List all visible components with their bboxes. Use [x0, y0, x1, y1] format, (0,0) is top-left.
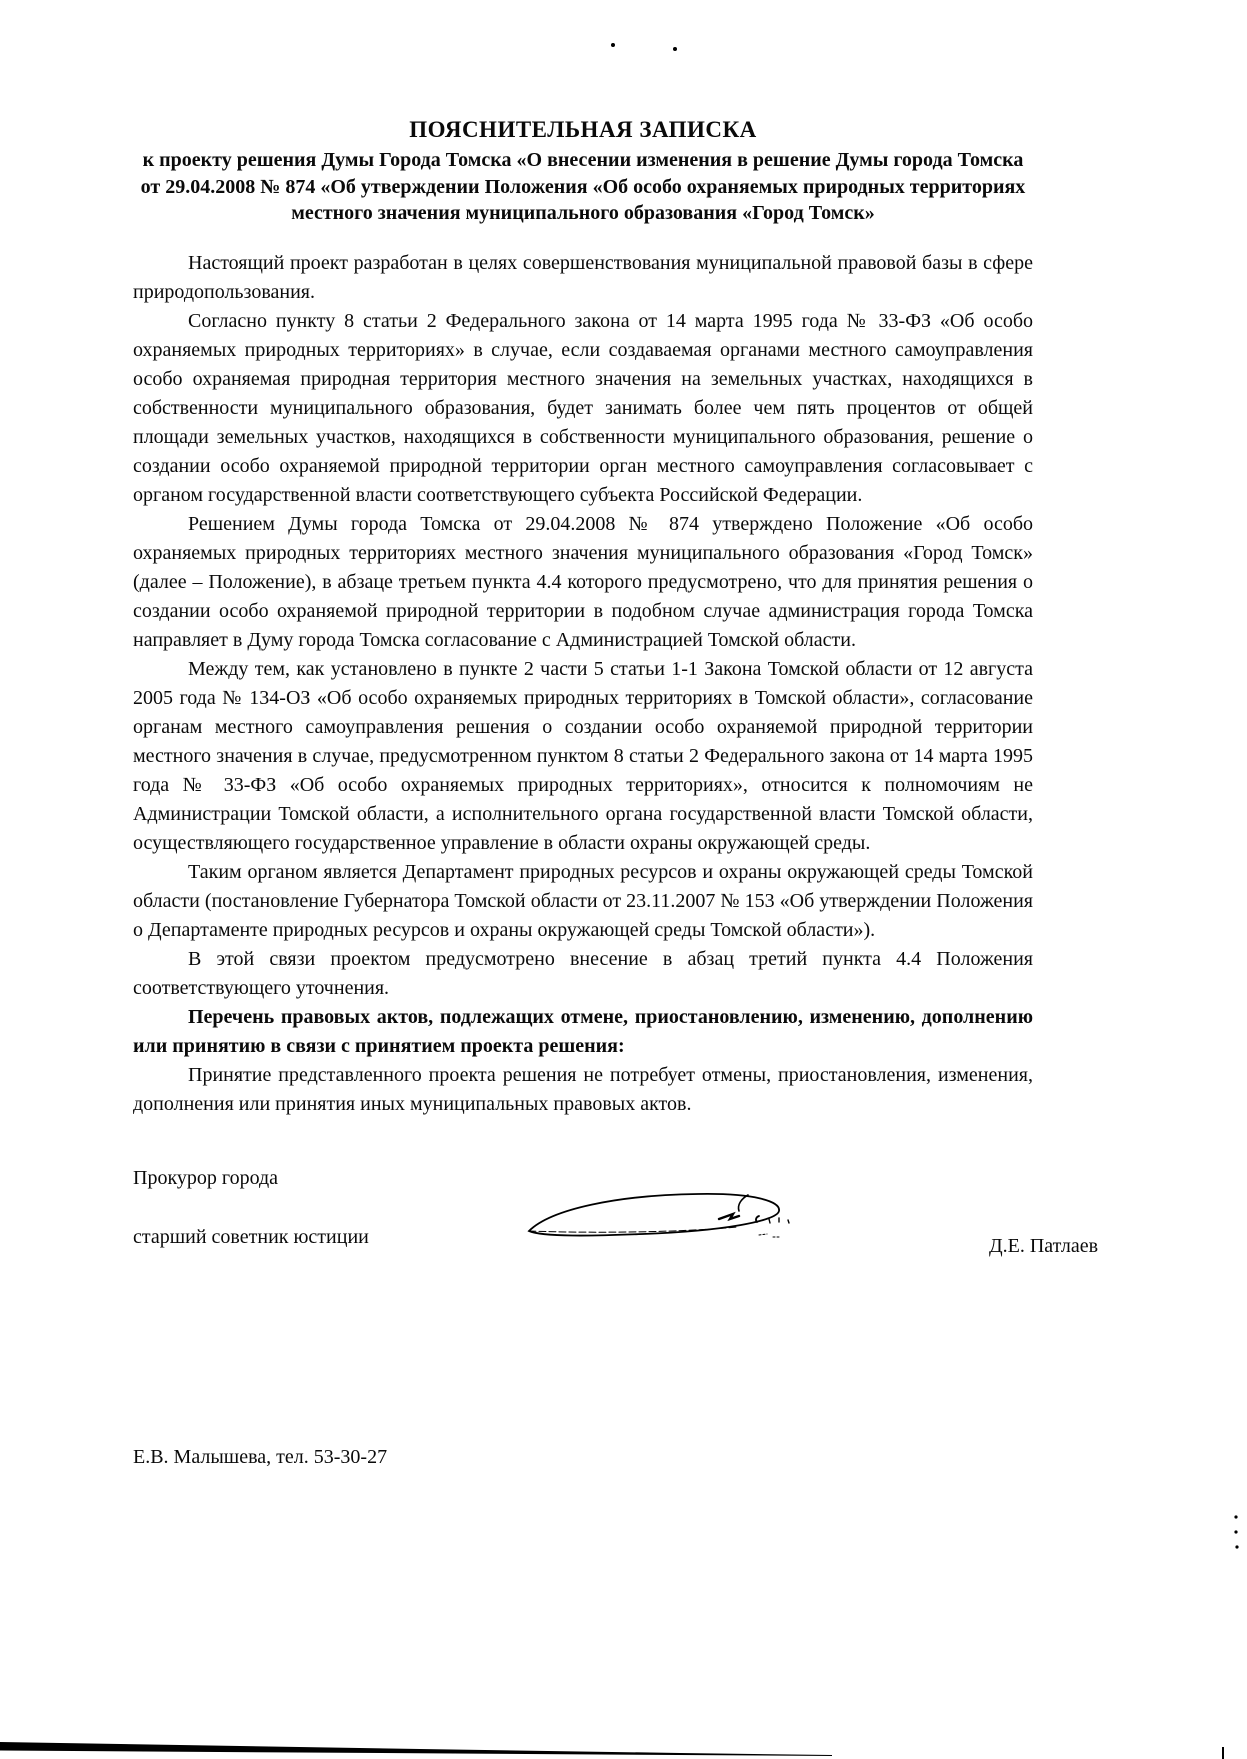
- bottom-right-scan-tick: [1222, 1747, 1224, 1759]
- handwritten-signature-icon: [523, 1189, 795, 1251]
- scan-dot-top-2: [673, 47, 677, 51]
- scan-dot-right-3: [1235, 1545, 1238, 1548]
- contact-footer: Е.В. Малышева, тел. 53-30-27: [133, 1443, 1033, 1471]
- document-content: ПОЯСНИТЕЛЬНАЯ ЗАПИСКА к проекту решения …: [133, 116, 1033, 1471]
- scan-dot-right-1: [1234, 1515, 1237, 1518]
- body-paragraph-3: Решением Думы города Томска от 29.04.200…: [133, 510, 1033, 655]
- body-paragraph-7-heading: Перечень правовых актов, подлежащих отме…: [133, 1003, 1033, 1061]
- body-paragraph-8: Принятие представленного проекта решения…: [133, 1061, 1033, 1119]
- signature-position-line1: Прокурор города: [133, 1164, 1033, 1192]
- scan-dot-top-1: [611, 43, 615, 47]
- signature-position-line2: старший советник юстиции: [133, 1223, 369, 1251]
- scan-dot-right-2: [1234, 1530, 1237, 1533]
- body-paragraph-5: Таким органом является Департамент приро…: [133, 858, 1033, 945]
- signer-name: Д.Е. Патлаев: [989, 1232, 1098, 1260]
- signature-row: старший советник юстиции Д.Е. Патлаев: [133, 1223, 1033, 1283]
- document-body: Настоящий проект разработан в целях сове…: [133, 249, 1033, 1119]
- body-paragraph-1: Настоящий проект разработан в целях сове…: [133, 249, 1033, 307]
- body-paragraph-6: В этой связи проектом предусмотрено внес…: [133, 945, 1033, 1003]
- body-paragraph-4: Между тем, как установлено в пункте 2 ча…: [133, 655, 1033, 858]
- document-title: ПОЯСНИТЕЛЬНАЯ ЗАПИСКА: [133, 116, 1033, 144]
- bottom-scan-streak: [0, 1742, 832, 1756]
- scanned-document-page: ПОЯСНИТЕЛЬНАЯ ЗАПИСКА к проекту решения …: [0, 0, 1247, 1759]
- document-subtitle: к проекту решения Думы Города Томска «О …: [133, 147, 1033, 227]
- body-paragraph-2: Согласно пункту 8 статьи 2 Федерального …: [133, 307, 1033, 510]
